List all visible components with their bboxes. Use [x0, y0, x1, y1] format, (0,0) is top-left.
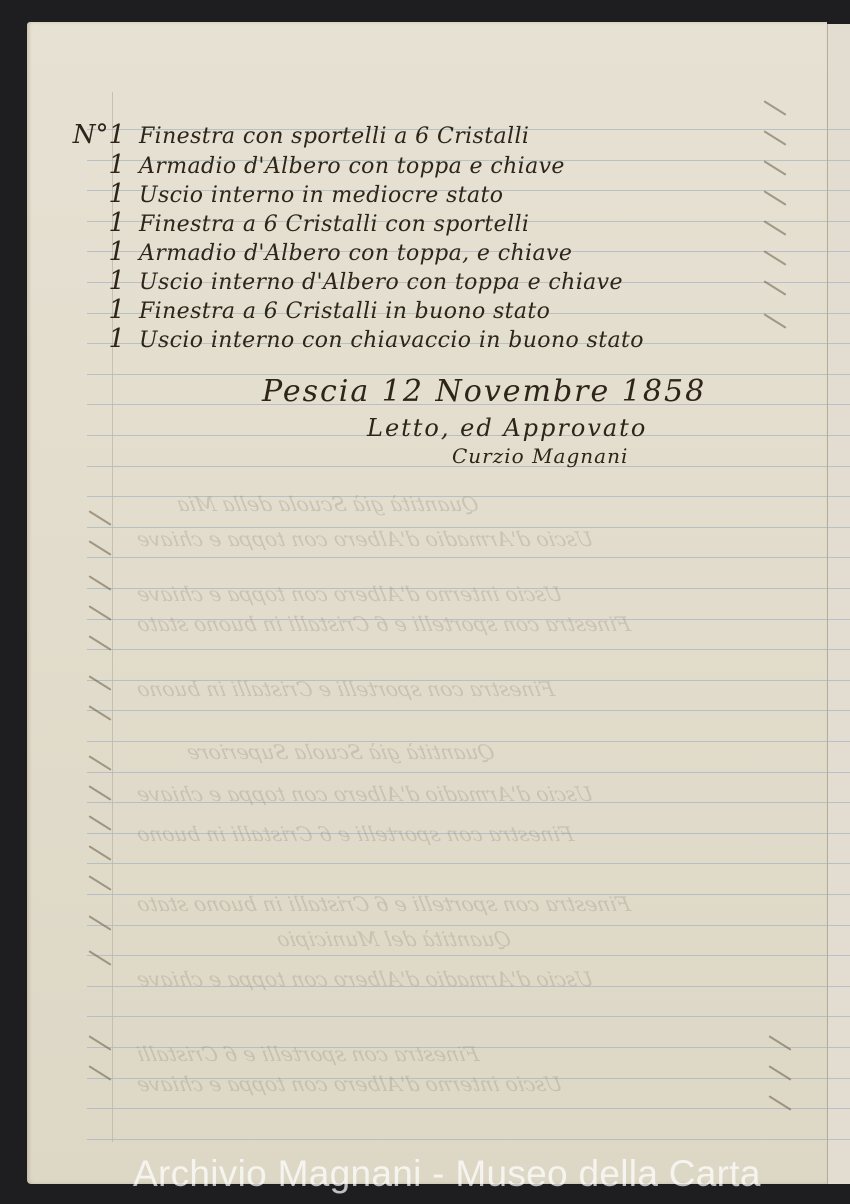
- ruled-line: [828, 680, 850, 681]
- ruled-line: [828, 557, 850, 558]
- ruled-line: [828, 802, 850, 803]
- ruled-line: [87, 1016, 827, 1017]
- ruled-line: [87, 649, 827, 650]
- ruled-line: [828, 251, 850, 252]
- ruled-line: [828, 160, 850, 161]
- manuscript-page: Quantità già Scuola della Mia Uscio d'Ar…: [27, 22, 827, 1184]
- ruled-line: [828, 129, 850, 130]
- bleed-through-text: Finestra con sportelli e 6 Cristalli: [134, 1042, 481, 1066]
- ruled-line: [828, 496, 850, 497]
- bleed-through-text: Uscio d'Armadio d'Albero con toppa e chi…: [134, 782, 595, 806]
- ruled-line: [87, 1139, 827, 1140]
- ruled-line: [828, 710, 850, 711]
- entry-description: Armadio d'Albero con toppa, e chiave: [139, 241, 572, 266]
- entry-quantity: 1: [45, 179, 139, 209]
- entry-description: Uscio interno con chiavaccio in buono st…: [139, 328, 644, 353]
- entry-description: Uscio interno d'Albero con toppa e chiav…: [139, 270, 623, 295]
- bleed-through-text: Finestra con sportelli e 6 Cristalli in …: [134, 612, 632, 636]
- place-and-date: Pescia 12 Novembre 1858: [262, 374, 706, 409]
- ruled-line: [87, 772, 827, 773]
- ruled-line: [828, 466, 850, 467]
- ruled-lines: [828, 24, 850, 1184]
- ruled-line: [828, 833, 850, 834]
- entry-quantity: 1: [45, 295, 139, 325]
- entry-quantity: N°1: [45, 120, 139, 150]
- ruled-line: [828, 741, 850, 742]
- ruled-line: [828, 649, 850, 650]
- inventory-entry: 1 Finestra a 6 Cristalli con sportelli: [45, 208, 529, 238]
- entry-description: Finestra con sportelli a 6 Cristalli: [139, 124, 529, 149]
- entry-quantity: 1: [45, 150, 139, 180]
- approval-note: Letto, ed Approvato: [367, 414, 647, 442]
- inventory-entry: 1 Armadio d'Albero con toppa e chiave: [45, 150, 565, 180]
- ruled-line: [828, 313, 850, 314]
- ruled-line: [828, 894, 850, 895]
- ruled-line: [828, 1047, 850, 1048]
- ruled-line: [87, 1108, 827, 1109]
- inventory-entry: 1 Finestra a 6 Cristalli in buono stato: [45, 295, 550, 325]
- ruled-line: [828, 925, 850, 926]
- ruled-line: [828, 282, 850, 283]
- ruled-line: [87, 863, 827, 864]
- entry-description: Uscio interno in mediocre stato: [139, 183, 503, 208]
- bleed-through-text: Uscio d'Armadio d'Albero con toppa e chi…: [134, 527, 595, 551]
- ruled-line: [828, 404, 850, 405]
- entry-description: Finestra a 6 Cristalli con sportelli: [139, 212, 529, 237]
- entry-quantity: 1: [45, 266, 139, 296]
- ruled-line: [828, 1078, 850, 1079]
- ruled-line: [87, 710, 827, 711]
- signature: Curzio Magnani: [452, 444, 628, 468]
- bleed-through-text: Quantità del Municipio: [274, 927, 513, 951]
- ruled-line: [828, 374, 850, 375]
- bleed-through-text: Finestra con sportelli e 6 Cristalli in …: [134, 892, 632, 916]
- ruled-line: [828, 435, 850, 436]
- ruled-line: [87, 955, 827, 956]
- entry-quantity: 1: [45, 324, 139, 354]
- inventory-entry: N°1 Finestra con sportelli a 6 Cristalli: [45, 120, 529, 150]
- entry-quantity: 1: [45, 237, 139, 267]
- entry-description: Finestra a 6 Cristalli in buono stato: [139, 299, 550, 324]
- inventory-entry: 1 Armadio d'Albero con toppa, e chiave: [45, 237, 572, 267]
- ruled-line: [828, 190, 850, 191]
- bleed-through-text: Finestra con sportelli e 6 Cristalli in …: [134, 822, 575, 846]
- inventory-entry: 1 Uscio interno in mediocre stato: [45, 179, 503, 209]
- ruled-line: [828, 1139, 850, 1140]
- bleed-through-text: Finestra con sportelli e Cristalli in bu…: [134, 677, 556, 701]
- bleed-through-text: Quantità già Scuola della Mia: [174, 492, 480, 516]
- facing-page-edge: [827, 24, 850, 1184]
- bleed-through-text: Quantità già Scuola Superiore: [184, 740, 497, 764]
- ruled-line: [828, 221, 850, 222]
- bleed-through-text: Uscio d'Armadio d'Albero con toppa e chi…: [134, 967, 595, 991]
- bleed-through-text: Uscio interno d'Albero con toppa e chiav…: [134, 1072, 564, 1096]
- ruled-line: [828, 588, 850, 589]
- inventory-entry: 1 Uscio interno d'Albero con toppa e chi…: [45, 266, 623, 296]
- ruled-line: [828, 1108, 850, 1109]
- ruled-line: [828, 1016, 850, 1017]
- ruled-line: [828, 863, 850, 864]
- ruled-line: [828, 619, 850, 620]
- inventory-entry: 1 Uscio interno con chiavaccio in buono …: [45, 324, 644, 354]
- entry-description: Armadio d'Albero con toppa e chiave: [139, 154, 565, 179]
- archive-watermark: Archivio Magnani - Museo della Carta: [133, 1153, 761, 1195]
- ruled-line: [828, 986, 850, 987]
- bleed-through-text: Uscio interno d'Albero con toppa e chiav…: [134, 582, 564, 606]
- ruled-line: [828, 772, 850, 773]
- ruled-line: [828, 527, 850, 528]
- ruled-line: [828, 343, 850, 344]
- entry-quantity: 1: [45, 208, 139, 238]
- ruled-line: [828, 955, 850, 956]
- ruled-line: [87, 557, 827, 558]
- ruled-line: [87, 925, 827, 926]
